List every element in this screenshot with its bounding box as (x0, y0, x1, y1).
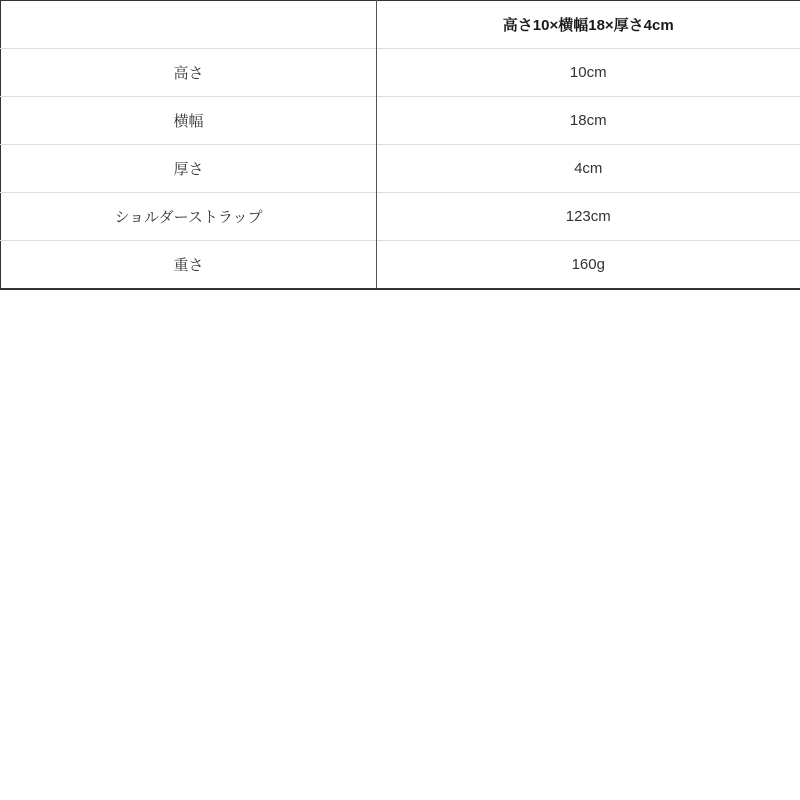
spec-table: 高さ10×横幅18×厚さ4cm 高さ 10cm 横幅 18cm 厚さ 4cm シ… (0, 0, 800, 290)
spec-value-cell: 18cm (377, 97, 800, 145)
table-row: 重さ 160g (1, 241, 800, 289)
spec-label-cell: 高さ (1, 49, 377, 97)
table-row: ショルダーストラップ 123cm (1, 193, 800, 241)
spec-value-cell: 10cm (377, 49, 800, 97)
spec-label-cell: ショルダーストラップ (1, 193, 377, 241)
table-row: 厚さ 4cm (1, 145, 800, 193)
spec-header-empty-cell (1, 1, 377, 49)
spec-value-cell: 160g (377, 241, 800, 289)
page-background: 高さ10×横幅18×厚さ4cm 高さ 10cm 横幅 18cm 厚さ 4cm シ… (0, 0, 800, 800)
table-row: 横幅 18cm (1, 97, 800, 145)
table-row: 高さ 10cm (1, 49, 800, 97)
spec-label-cell: 厚さ (1, 145, 377, 193)
spec-header-title-cell: 高さ10×横幅18×厚さ4cm (377, 1, 800, 49)
spec-value-cell: 123cm (377, 193, 800, 241)
spec-label-cell: 重さ (1, 241, 377, 289)
spec-label-cell: 横幅 (1, 97, 377, 145)
spec-table-header-row: 高さ10×横幅18×厚さ4cm (1, 1, 800, 49)
spec-value-cell: 4cm (377, 145, 800, 193)
